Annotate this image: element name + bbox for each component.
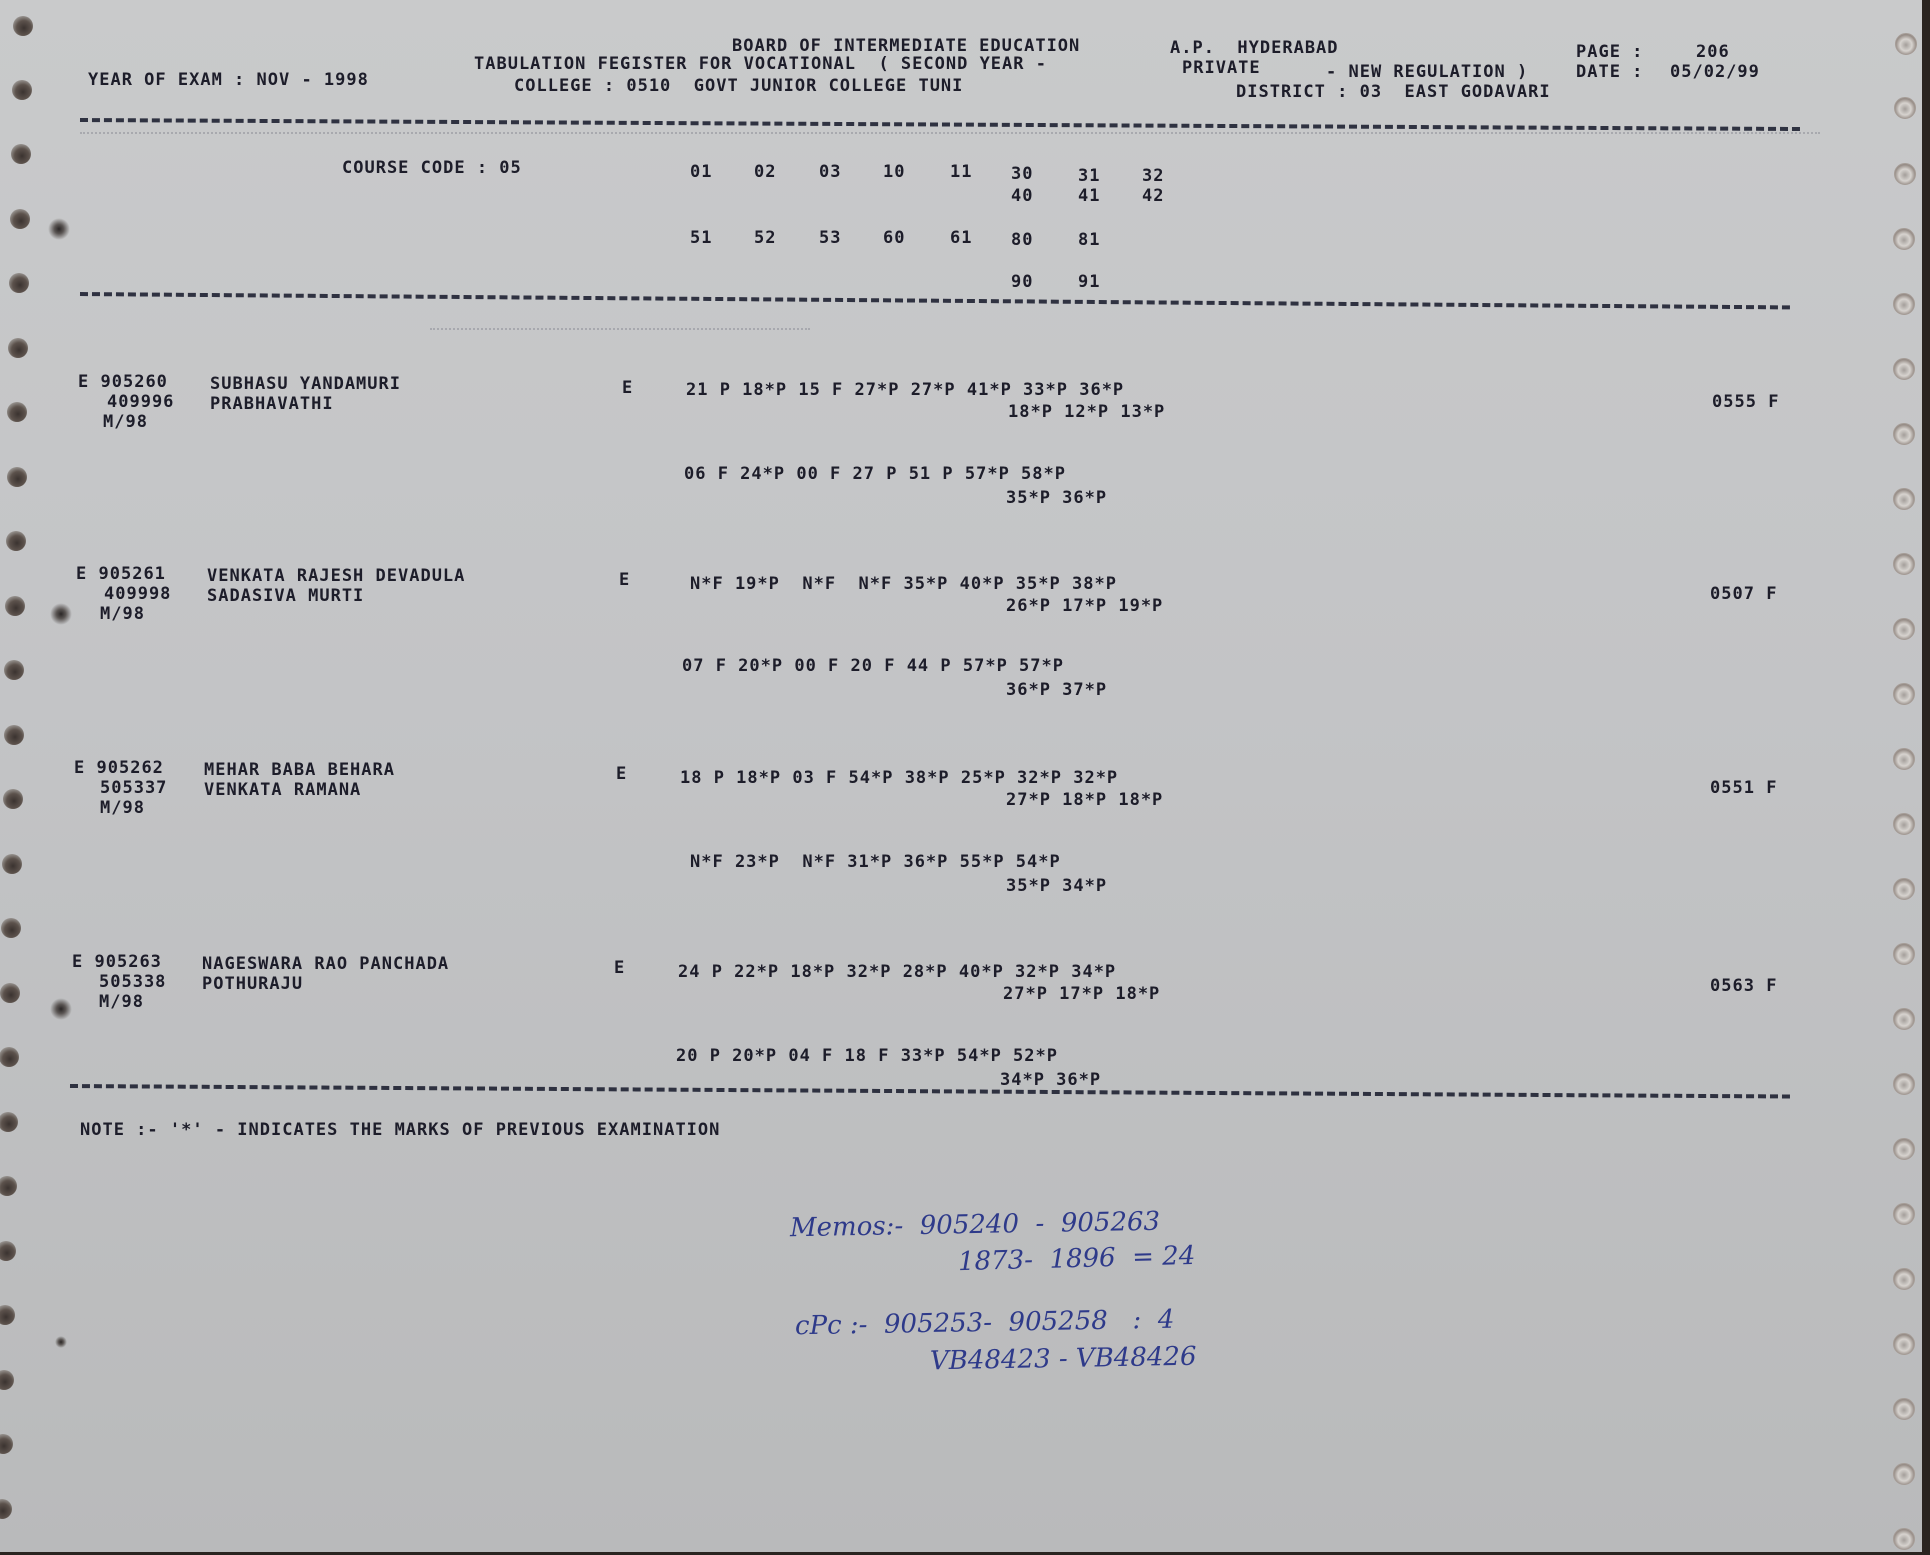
feed-hole-icon — [1893, 943, 1915, 965]
hall-ticket-number: E 905262 — [74, 758, 164, 778]
paper-tear-icon — [48, 218, 70, 240]
student-name: SUBHASU YANDAMURI — [210, 374, 401, 394]
feed-hole-icon — [3, 789, 23, 809]
regulation: - NEW REGULATION ) — [1326, 62, 1528, 82]
medium: E — [622, 378, 633, 398]
feed-hole-icon — [1893, 1008, 1915, 1030]
candidate-category: PRIVATE — [1182, 58, 1261, 78]
marks-row: 20 P 20*P 04 F 18 F 33*P 54*P 52*P — [676, 1046, 1058, 1066]
register-title: TABULATION FEGISTER FOR VOCATIONAL ( SEC… — [474, 54, 1047, 74]
feed-hole-icon — [1893, 1268, 1915, 1290]
feed-hole-icon — [0, 1112, 18, 1132]
subject-code: 31 — [1078, 166, 1100, 186]
subject-code: 02 — [754, 162, 776, 182]
subject-code: 40 — [1011, 186, 1033, 206]
course-code-label: COURSE CODE : 05 — [342, 158, 522, 178]
marks-row: 18*P 12*P 13*P — [1008, 402, 1165, 422]
feed-hole-icon — [5, 596, 25, 616]
page-number: 206 — [1696, 42, 1730, 62]
feed-hole-icon — [1893, 683, 1915, 705]
page-label: PAGE : — [1576, 42, 1643, 62]
feed-hole-icon — [1893, 1528, 1915, 1550]
marks-row: 06 F 24*P 00 F 27 P 51 P 57*P 58*P — [684, 464, 1066, 484]
footnote: NOTE :- '*' - INDICATES THE MARKS OF PRE… — [80, 1120, 720, 1140]
subject-code: 01 — [690, 162, 712, 182]
separator-line — [80, 292, 1790, 309]
feed-hole-icon — [1893, 423, 1915, 445]
parent-name: PRABHAVATHI — [210, 394, 334, 414]
feed-hole-icon — [8, 338, 28, 358]
feed-hole-icon — [0, 1047, 19, 1067]
marks-row: 21 P 18*P 15 F 27*P 27*P 41*P 33*P 36*P — [686, 380, 1124, 400]
subject-code: 90 — [1011, 272, 1033, 292]
subject-code: 53 — [819, 228, 841, 248]
hall-ticket-number: E 905261 — [76, 564, 166, 584]
result-status: F — [1766, 976, 1777, 996]
feed-hole-icon — [0, 983, 20, 1003]
subject-code: 30 — [1011, 164, 1033, 184]
total-marks: 0507 F — [1710, 584, 1777, 604]
subject-code: 60 — [883, 228, 905, 248]
marks-row: 36*P 37*P — [1006, 680, 1107, 700]
parent-name: POTHURAJU — [202, 974, 303, 994]
feed-hole-icon — [0, 1499, 12, 1519]
subject-code: 52 — [754, 228, 776, 248]
result-status: F — [1766, 778, 1777, 798]
total-marks: 0555 F — [1712, 392, 1779, 412]
feed-hole-icon — [1893, 1333, 1915, 1355]
marks-row: 34*P 36*P — [1000, 1070, 1101, 1090]
subject-code: 32 — [1142, 166, 1164, 186]
feed-hole-icon — [1893, 1138, 1915, 1160]
feed-hole-icon — [1894, 163, 1916, 185]
year-of-exam: YEAR OF EXAM : NOV - 1998 — [88, 70, 369, 90]
registration-number: 409996 — [107, 392, 174, 412]
board-name: BOARD OF INTERMEDIATE EDUCATION — [732, 36, 1080, 56]
subject-code: 11 — [950, 162, 972, 182]
cpc-range: cPc :- 905253- 905258 : 4 — [795, 1305, 1175, 1342]
feed-hole-icon — [1893, 293, 1915, 315]
feed-hole-icon — [0, 1434, 13, 1454]
board-location: A.P. HYDERABAD — [1170, 38, 1339, 58]
feed-hole-icon — [10, 209, 30, 229]
tabulation-register-sheet: BOARD OF INTERMEDIATE EDUCATION A.P. HYD… — [0, 0, 1922, 1552]
feed-hole-icon — [0, 1176, 17, 1196]
feed-hole-icon — [1893, 748, 1915, 770]
marks-row: N*F 23*P N*F 31*P 36*P 55*P 54*P — [690, 852, 1061, 872]
feed-hole-icon — [0, 1305, 15, 1325]
feed-hole-icon — [1895, 33, 1917, 55]
memos-count: 1873- 1896 = 24 — [958, 1241, 1196, 1277]
parent-name: SADASIVA MURTI — [207, 586, 364, 606]
subject-code: 03 — [819, 162, 841, 182]
registration-number: 409998 — [104, 584, 171, 604]
marks-row: 27*P 17*P 18*P — [1003, 984, 1160, 1004]
marks-row: 18 P 18*P 03 F 54*P 38*P 25*P 32*P 32*P — [680, 768, 1118, 788]
college-info: COLLEGE : 0510 GOVT JUNIOR COLLEGE TUNI — [514, 76, 963, 96]
feed-hole-icon — [11, 144, 31, 164]
feed-hole-icon — [2, 854, 22, 874]
feed-hole-icon — [1, 918, 21, 938]
subject-code: 80 — [1011, 230, 1033, 250]
carbon-trace — [80, 132, 1820, 134]
result-status: F — [1766, 584, 1777, 604]
feed-hole-icon — [12, 80, 32, 100]
cpc-serials: VB48423 - VB48426 — [930, 1342, 1197, 1377]
feed-hole-icon — [9, 273, 29, 293]
total-marks: 0563 F — [1710, 976, 1777, 996]
separator-line — [70, 1084, 1790, 1099]
medium: E — [614, 958, 625, 978]
feed-hole-icon — [1893, 1463, 1915, 1485]
total-marks: 0551 F — [1710, 778, 1777, 798]
medium: E — [619, 570, 630, 590]
paper-tear-icon — [50, 603, 72, 625]
registration-number: 505338 — [99, 972, 166, 992]
paper-tear-icon — [50, 998, 72, 1020]
feed-hole-icon — [1893, 1073, 1915, 1095]
feed-hole-icon — [1893, 228, 1915, 250]
hall-ticket-number: E 905260 — [78, 372, 168, 392]
marks-row: 26*P 17*P 19*P — [1006, 596, 1163, 616]
memos-range: Memos:- 905240 - 905263 — [790, 1207, 1161, 1243]
exam-session: M/98 — [103, 412, 148, 432]
subject-code: 41 — [1078, 186, 1100, 206]
feed-hole-icon — [1893, 813, 1915, 835]
exam-session: M/98 — [100, 798, 145, 818]
feed-hole-icon — [7, 402, 27, 422]
marks-row: 35*P 34*P — [1006, 876, 1107, 896]
carbon-trace — [430, 328, 810, 330]
feed-hole-icon — [1893, 618, 1915, 640]
feed-hole-icon — [7, 467, 27, 487]
feed-hole-icon — [1893, 1398, 1915, 1420]
feed-hole-icon — [4, 725, 24, 745]
feed-hole-icon — [1893, 878, 1915, 900]
subject-code: 42 — [1142, 186, 1164, 206]
subject-code: 61 — [950, 228, 972, 248]
student-name: NAGESWARA RAO PANCHADA — [202, 954, 449, 974]
feed-hole-icon — [1894, 97, 1916, 119]
feed-hole-icon — [1893, 553, 1915, 575]
district-info: DISTRICT : 03 EAST GODAVARI — [1236, 82, 1551, 102]
subject-code: 81 — [1078, 230, 1100, 250]
date-value: 05/02/99 — [1670, 62, 1760, 82]
paper-tear-icon — [55, 1336, 67, 1348]
feed-hole-icon — [1893, 488, 1915, 510]
parent-name: VENKATA RAMANA — [204, 780, 361, 800]
exam-session: M/98 — [100, 604, 145, 624]
exam-session: M/98 — [99, 992, 144, 1012]
feed-hole-icon — [0, 1370, 14, 1390]
feed-hole-icon — [0, 1241, 16, 1261]
medium: E — [616, 764, 627, 784]
marks-row: 27*P 18*P 18*P — [1006, 790, 1163, 810]
marks-row: 07 F 20*P 00 F 20 F 44 P 57*P 57*P — [682, 656, 1064, 676]
hall-ticket-number: E 905263 — [72, 952, 162, 972]
marks-row: N*F 19*P N*F N*F 35*P 40*P 35*P 38*P — [690, 574, 1117, 594]
feed-hole-icon — [1893, 358, 1915, 380]
separator-line — [80, 118, 1800, 131]
student-name: MEHAR BABA BEHARA — [204, 760, 395, 780]
feed-hole-icon — [13, 16, 33, 36]
registration-number: 505337 — [100, 778, 167, 798]
subject-code: 51 — [690, 228, 712, 248]
student-name: VENKATA RAJESH DEVADULA — [207, 566, 465, 586]
feed-hole-icon — [4, 660, 24, 680]
subject-code: 10 — [883, 162, 905, 182]
feed-hole-icon — [1893, 1203, 1915, 1225]
feed-hole-icon — [6, 531, 26, 551]
subject-code: 91 — [1078, 272, 1100, 292]
date-label: DATE : — [1576, 62, 1643, 82]
marks-row: 24 P 22*P 18*P 32*P 28*P 40*P 32*P 34*P — [678, 962, 1116, 982]
result-status: F — [1768, 392, 1779, 412]
marks-row: 35*P 36*P — [1006, 488, 1107, 508]
